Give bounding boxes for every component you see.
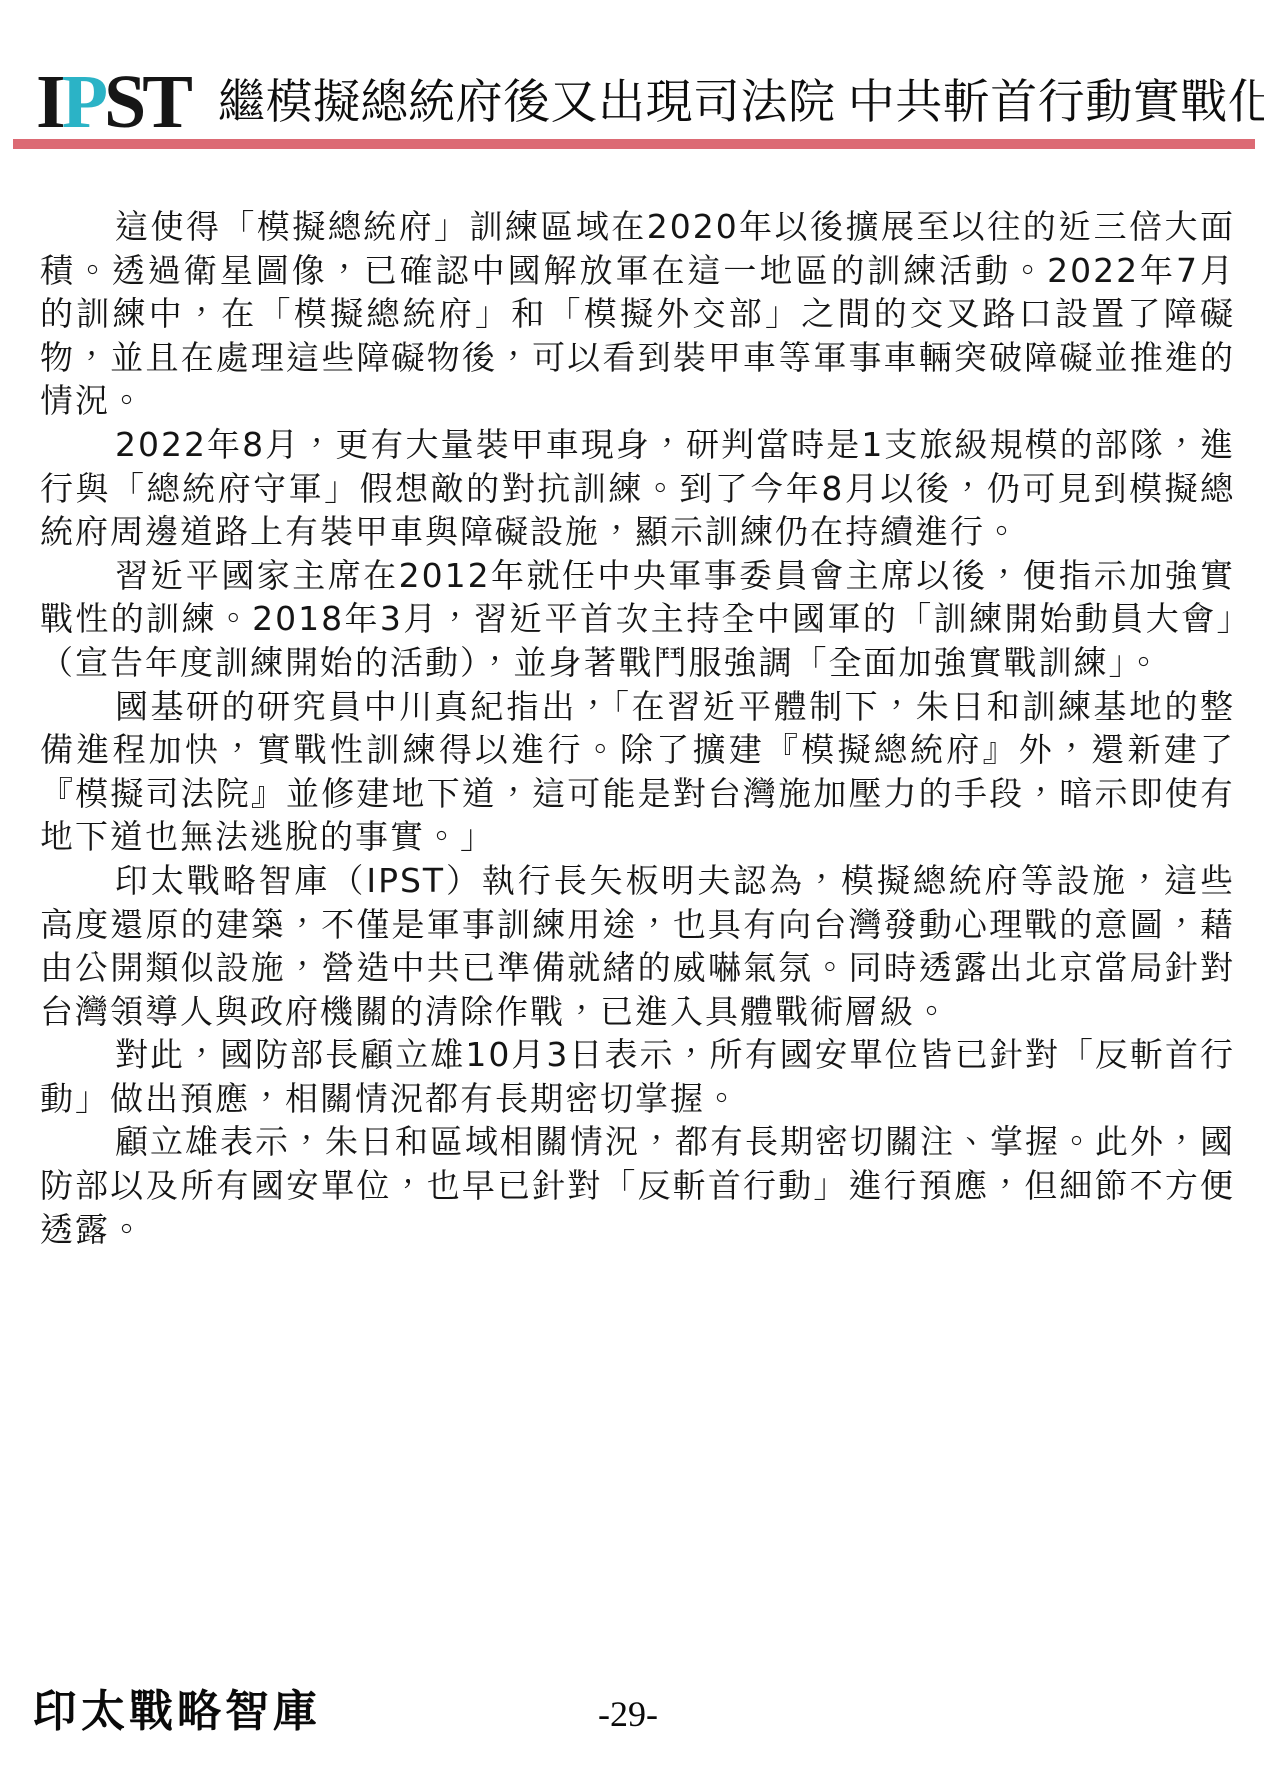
body-paragraph: 對此，國防部長顧立雄10月3日表示，所有國安單位皆已針對「反斬首行動」做出預應，…: [40, 1033, 1235, 1120]
body-paragraph: 顧立雄表示，朱日和區域相關情況，都有長期密切關注、掌握。此外，國防部以及所有國安…: [40, 1120, 1235, 1251]
ipst-logo: IPST: [36, 66, 189, 138]
page-number: -29-: [598, 1694, 658, 1734]
header-divider-rule: [13, 139, 1255, 149]
body-paragraph: 國基研的研究員中川真紀指出，「在習近平體制下，朱日和訓練基地的整備進程加快，實戰…: [40, 685, 1235, 859]
logo-letter-s: S: [104, 60, 142, 144]
document-page: IPST 繼模擬總統府後又出現司法院 中共斬首行動實戰化 這使得「模擬總統府」訓…: [0, 0, 1264, 1789]
body-paragraph: 這使得「模擬總統府」訓練區域在2020年以後擴展至以往的近三倍大面積。透過衛星圖…: [40, 205, 1235, 423]
body-paragraph: 2022年8月，更有大量裝甲車現身，研判當時是1支旅級規模的部隊，進行與「總統府…: [40, 423, 1235, 554]
body-paragraph: 習近平國家主席在2012年就任中央軍事委員會主席以後，便指示加強實戰性的訓練。2…: [40, 554, 1235, 685]
logo-letter-t: T: [142, 60, 189, 144]
logo-letter-p: P: [62, 60, 104, 144]
body-paragraph: 印太戰略智庫（IPST）執行長矢板明夫認為，模擬總統府等設施，這些高度還原的建築…: [40, 859, 1235, 1033]
article-title: 繼模擬總統府後又出現司法院 中共斬首行動實戰化: [218, 74, 1250, 132]
footer-brand: 印太戰略智庫: [33, 1686, 321, 1738]
logo-letter-i: I: [36, 60, 62, 144]
article-body: 這使得「模擬總統府」訓練區域在2020年以後擴展至以往的近三倍大面積。透過衛星圖…: [40, 205, 1235, 1251]
